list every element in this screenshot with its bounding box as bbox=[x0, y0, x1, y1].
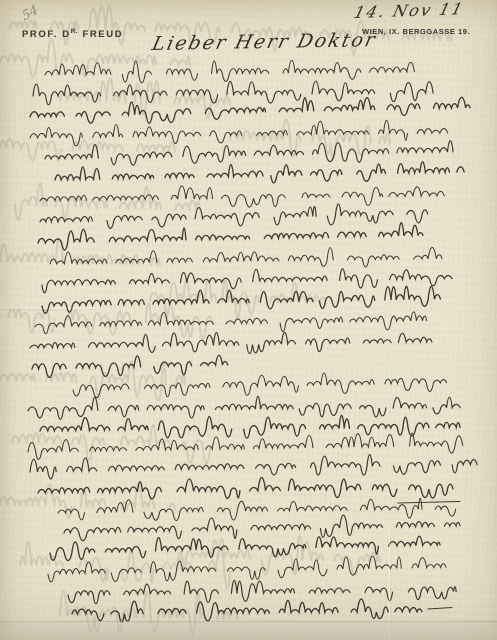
handwritten-line bbox=[64, 515, 460, 541]
letterhead-name-pre: PROF. D bbox=[22, 29, 71, 40]
handwritten-line bbox=[55, 162, 464, 183]
handwritten-line bbox=[45, 60, 414, 82]
horizontal-crease bbox=[0, 308, 96, 309]
handwritten-line bbox=[42, 269, 452, 293]
handwritten-line bbox=[40, 415, 460, 438]
bleed-stroke bbox=[15, 183, 200, 220]
letterhead-name-post: FREUD bbox=[82, 29, 123, 40]
bleed-stroke bbox=[12, 425, 210, 464]
word-underline bbox=[398, 502, 460, 504]
handwritten-line bbox=[28, 396, 460, 419]
handwritten-line bbox=[30, 454, 477, 479]
handwriting-layer bbox=[0, 0, 497, 640]
handwritten-line bbox=[40, 186, 444, 207]
handwritten-line bbox=[40, 204, 428, 228]
letterhead-name-superscript: R. bbox=[71, 28, 79, 35]
letterhead-name: PROF. DR. FREUD bbox=[22, 28, 123, 40]
handwritten-line bbox=[30, 332, 432, 353]
handwritten-line bbox=[38, 223, 423, 250]
bottom-fold-strip bbox=[0, 621, 497, 640]
bleed-stroke bbox=[0, 361, 185, 400]
terminal-dash bbox=[428, 608, 452, 610]
bleed-stroke bbox=[0, 138, 175, 161]
letter-page: PROF. DR. FREUD WIEN, IX. BERGGASSE 19. … bbox=[0, 0, 497, 640]
handwritten-line bbox=[68, 580, 456, 603]
handwritten-body-text bbox=[28, 60, 477, 622]
handwritten-line bbox=[33, 81, 433, 105]
handwritten-line bbox=[58, 498, 456, 520]
salutation: Lieber Herr Doktor bbox=[150, 29, 379, 55]
handwritten-line bbox=[38, 477, 453, 498]
bleed-stroke bbox=[230, 119, 390, 159]
